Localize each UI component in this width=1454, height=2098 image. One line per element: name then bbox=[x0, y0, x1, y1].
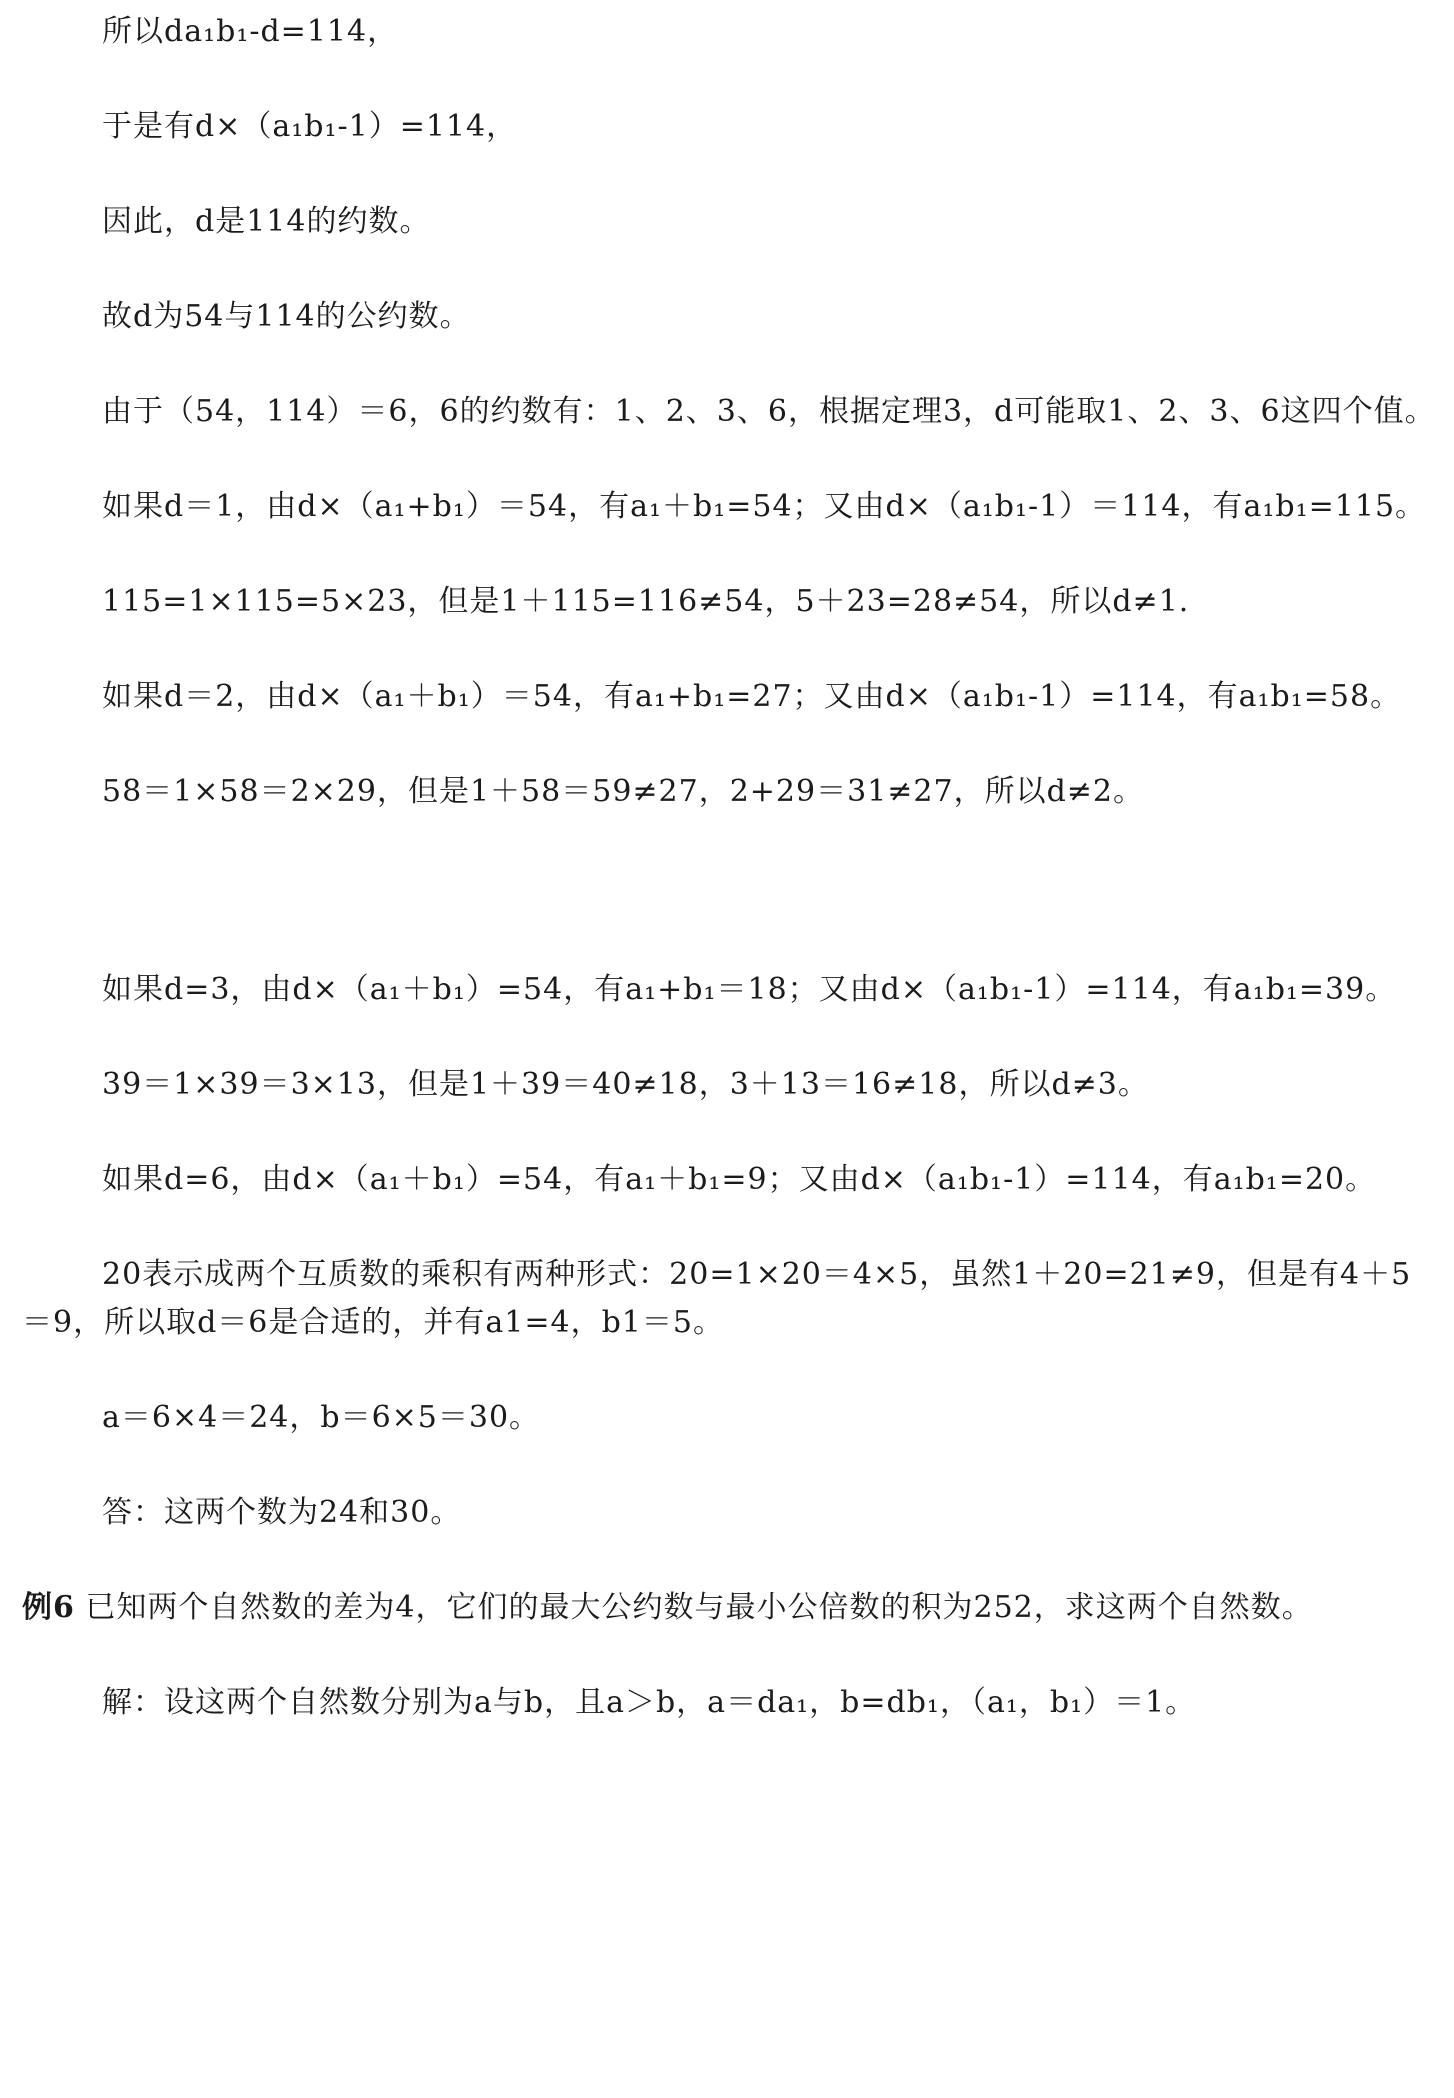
example-label: 例6 bbox=[22, 1590, 75, 1625]
paragraph: 如果d＝1，由d×（a₁+b₁）＝54，有a₁＋b₁=54；又由d×（a₁b₁-… bbox=[22, 483, 1436, 531]
paragraph: 58＝1×58＝2×29，但是1＋58＝59≠27，2+29＝31≠27，所以d… bbox=[22, 768, 1436, 816]
solution-paragraph: 解：设这两个自然数分别为a与b，且a＞b，a＝da₁，b=db₁，（a₁，b₁）… bbox=[22, 1679, 1436, 1727]
paragraph: 由于（54，114）＝6，6的约数有：1、2、3、6，根据定理3，d可能取1、2… bbox=[22, 388, 1436, 436]
paragraph: 于是有d×（a₁b₁-1）=114， bbox=[22, 103, 1436, 151]
paragraph: 115=1×115=5×23，但是1＋115=116≠54，5＋23=28≠54… bbox=[22, 578, 1436, 626]
example-heading-paragraph: 例6 已知两个自然数的差为4，它们的最大公约数与最小公倍数的积为252，求这两个… bbox=[22, 1584, 1436, 1632]
paragraph: 如果d=3，由d×（a₁＋b₁）=54，有a₁+b₁＝18；又由d×（a₁b₁-… bbox=[22, 966, 1436, 1014]
paragraph: 如果d=6，由d×（a₁＋b₁）=54，有a₁＋b₁=9；又由d×（a₁b₁-1… bbox=[22, 1156, 1436, 1204]
paragraph: 39＝1×39＝3×13，但是1＋39＝40≠18，3＋13＝16≠18，所以d… bbox=[22, 1061, 1436, 1109]
paragraph: 如果d＝2，由d×（a₁＋b₁）＝54，有a₁+b₁=27；又由d×（a₁b₁-… bbox=[22, 673, 1436, 721]
answer-paragraph: 答：这两个数为24和30。 bbox=[22, 1489, 1436, 1537]
paragraph: a＝6×4＝24，b＝6×5＝30。 bbox=[22, 1394, 1436, 1442]
example-text: 已知两个自然数的差为4，它们的最大公约数与最小公倍数的积为252，求这两个自然数… bbox=[75, 1590, 1313, 1625]
paragraph: 所以da₁b₁-d=114， bbox=[22, 8, 1436, 56]
paragraph: 故d为54与114的公约数。 bbox=[22, 293, 1436, 341]
paragraph: 因此，d是114的约数。 bbox=[22, 198, 1436, 246]
document-page: 所以da₁b₁-d=114， 于是有d×（a₁b₁-1）=114， 因此，d是1… bbox=[0, 0, 1454, 2098]
paragraph: 20表示成两个互质数的乘积有两种形式：20=1×20＝4×5，虽然1＋20=21… bbox=[22, 1251, 1436, 1347]
